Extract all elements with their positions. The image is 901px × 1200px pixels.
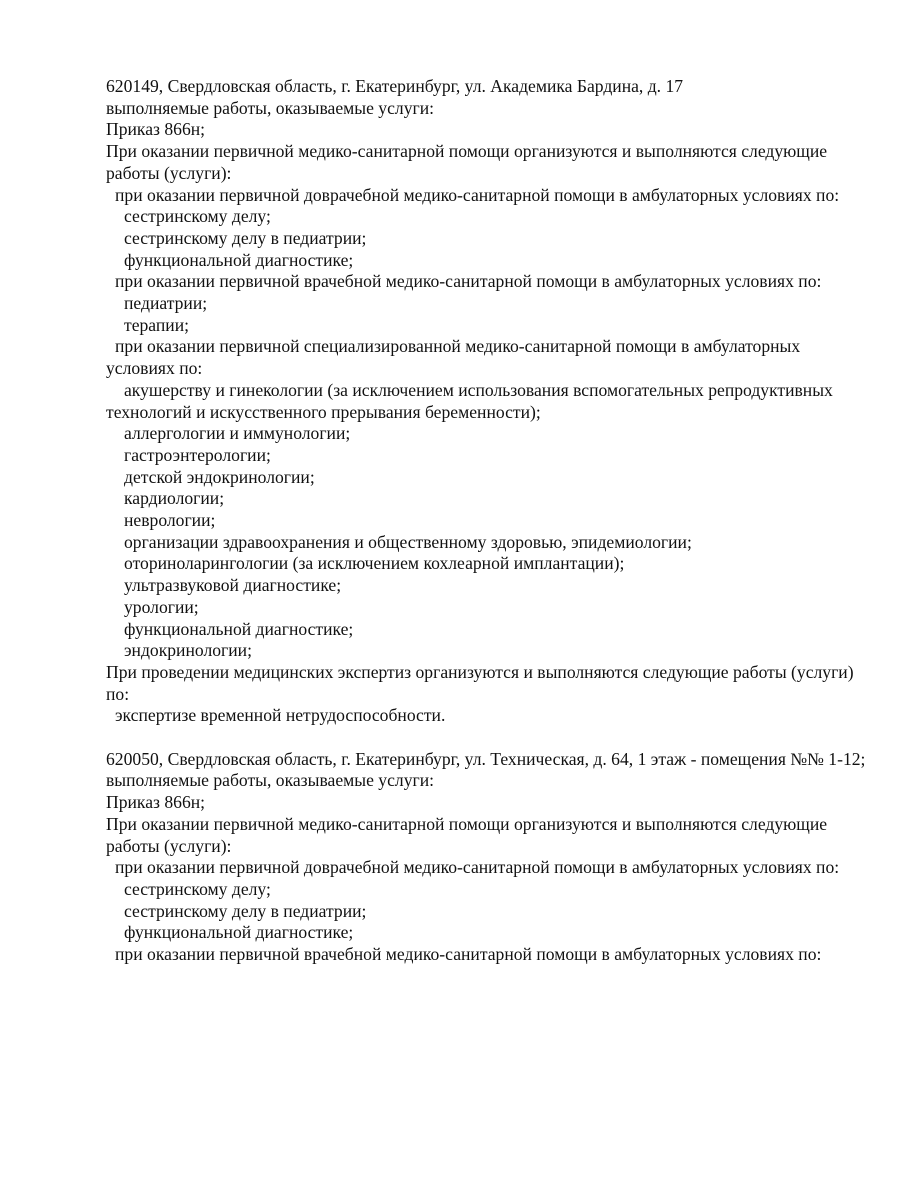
service-item: аллергологии и иммунологии; — [106, 423, 866, 445]
service-item: сестринскому делу в педиатрии; — [106, 228, 866, 250]
service-item: функциональной диагностике; — [106, 250, 866, 272]
service-item: сестринскому делу; — [106, 879, 866, 901]
primary-care-intro: При оказании первичной медико-санитарной… — [106, 141, 866, 184]
address: 620149, Свердловская область, г. Екатери… — [106, 76, 866, 98]
service-item: терапии; — [106, 315, 866, 337]
works-heading: выполняемые работы, оказываемые услуги: — [106, 770, 866, 792]
order-reference: Приказ 866н; — [106, 792, 866, 814]
service-item: урологии; — [106, 597, 866, 619]
service-item: эндокринологии; — [106, 640, 866, 662]
service-item: сестринскому делу; — [106, 206, 866, 228]
document-page: 620149, Свердловская область, г. Екатери… — [106, 76, 866, 966]
service-item: акушерству и гинекологии (за исключением… — [106, 380, 866, 423]
service-item: детской эндокринологии; — [106, 467, 866, 489]
service-item: ультразвуковой диагностике; — [106, 575, 866, 597]
expertise-intro: При проведении медицинских экспертиз орг… — [106, 662, 866, 705]
license-section-1: 620149, Свердловская область, г. Екатери… — [106, 76, 866, 727]
service-item: кардиологии; — [106, 488, 866, 510]
doctor-intro: при оказании первичной врачебной медико-… — [106, 271, 866, 293]
service-item: сестринскому делу в педиатрии; — [106, 901, 866, 923]
service-item: оториноларингологии (за исключением кохл… — [106, 553, 866, 575]
address: 620050, Свердловская область, г. Екатери… — [106, 749, 866, 771]
specialized-intro: при оказании первичной специализированно… — [106, 336, 866, 379]
service-item: организации здравоохранения и общественн… — [106, 532, 866, 554]
order-reference: Приказ 866н; — [106, 119, 866, 141]
service-item: экспертизе временной нетрудоспособности. — [106, 705, 866, 727]
license-section-2: 620050, Свердловская область, г. Екатери… — [106, 749, 866, 966]
service-item: функциональной диагностике; — [106, 922, 866, 944]
service-item: неврологии; — [106, 510, 866, 532]
pre-doctor-intro: при оказании первичной доврачебной медик… — [106, 185, 866, 207]
service-item: педиатрии; — [106, 293, 866, 315]
works-heading: выполняемые работы, оказываемые услуги: — [106, 98, 866, 120]
primary-care-intro: При оказании первичной медико-санитарной… — [106, 814, 866, 857]
pre-doctor-intro: при оказании первичной доврачебной медик… — [106, 857, 866, 879]
doctor-intro: при оказании первичной врачебной медико-… — [106, 944, 866, 966]
section-gap — [106, 727, 866, 749]
service-item: гастроэнтерологии; — [106, 445, 866, 467]
service-item: функциональной диагностике; — [106, 619, 866, 641]
